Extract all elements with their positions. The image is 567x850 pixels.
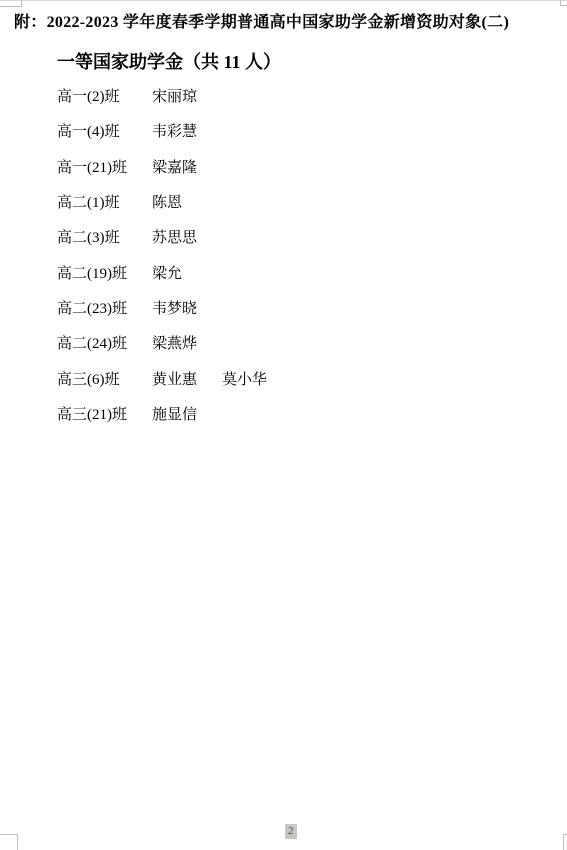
class-label: 高一(4)班 xyxy=(57,121,152,156)
class-label: 高一(2)班 xyxy=(57,86,152,121)
crop-mark-bottom-right xyxy=(563,834,567,850)
student-name: 韦梦晓 xyxy=(152,298,222,333)
class-label: 高二(23)班 xyxy=(57,298,152,333)
section-heading: 一等国家助学金（共 11 人） xyxy=(57,50,281,74)
list-item: 高三(21)班 施显信 xyxy=(57,404,517,439)
student-name: 黄业惠 xyxy=(152,369,222,404)
list-item: 高一(21)班 梁嘉隆 xyxy=(57,157,517,192)
list-item: 高一(2)班 宋丽琼 xyxy=(57,86,517,121)
student-name: 施显信 xyxy=(152,404,222,439)
page-number-field: 2 xyxy=(285,824,297,839)
crop-mark-top-left xyxy=(0,0,22,7)
student-name: 梁燕烨 xyxy=(152,333,222,368)
student-name: 莫小华 xyxy=(222,369,267,404)
crop-mark-bottom-left xyxy=(0,834,18,850)
student-name: 陈恩 xyxy=(152,192,222,227)
list-item: 高二(24)班 梁燕烨 xyxy=(57,333,517,368)
list-item: 高二(1)班 陈恩 xyxy=(57,192,517,227)
class-label: 高二(3)班 xyxy=(57,227,152,262)
class-label: 高二(19)班 xyxy=(57,263,152,298)
student-name: 宋丽琼 xyxy=(152,86,222,121)
list-item: 高二(3)班 苏思思 xyxy=(57,227,517,262)
class-label: 高一(21)班 xyxy=(57,157,152,192)
class-label: 高三(21)班 xyxy=(57,404,152,439)
list-item: 高三(6)班 黄业惠 莫小华 xyxy=(57,369,517,404)
student-name: 梁嘉隆 xyxy=(152,157,222,192)
list-item: 高二(23)班 韦梦晓 xyxy=(57,298,517,333)
student-list: 高一(2)班 宋丽琼 高一(4)班 韦彩慧 高一(21)班 梁嘉隆 高二(1)班… xyxy=(57,86,517,439)
student-name: 苏思思 xyxy=(152,227,222,262)
student-name: 韦彩慧 xyxy=(152,121,222,156)
student-name: 梁允 xyxy=(152,263,222,298)
document-page: 附：2022-2023 学年度春季学期普通高中国家助学金新增资助对象(二) 一等… xyxy=(0,0,567,850)
crop-mark-top-right xyxy=(560,0,567,6)
list-item: 高一(4)班 韦彩慧 xyxy=(57,121,517,156)
document-title: 附：2022-2023 学年度春季学期普通高中国家助学金新增资助对象(二) xyxy=(14,13,509,33)
class-label: 高二(24)班 xyxy=(57,333,152,368)
list-item: 高二(19)班 梁允 xyxy=(57,263,517,298)
class-label: 高二(1)班 xyxy=(57,192,152,227)
class-label: 高三(6)班 xyxy=(57,369,152,404)
page-top-border xyxy=(0,0,567,1)
